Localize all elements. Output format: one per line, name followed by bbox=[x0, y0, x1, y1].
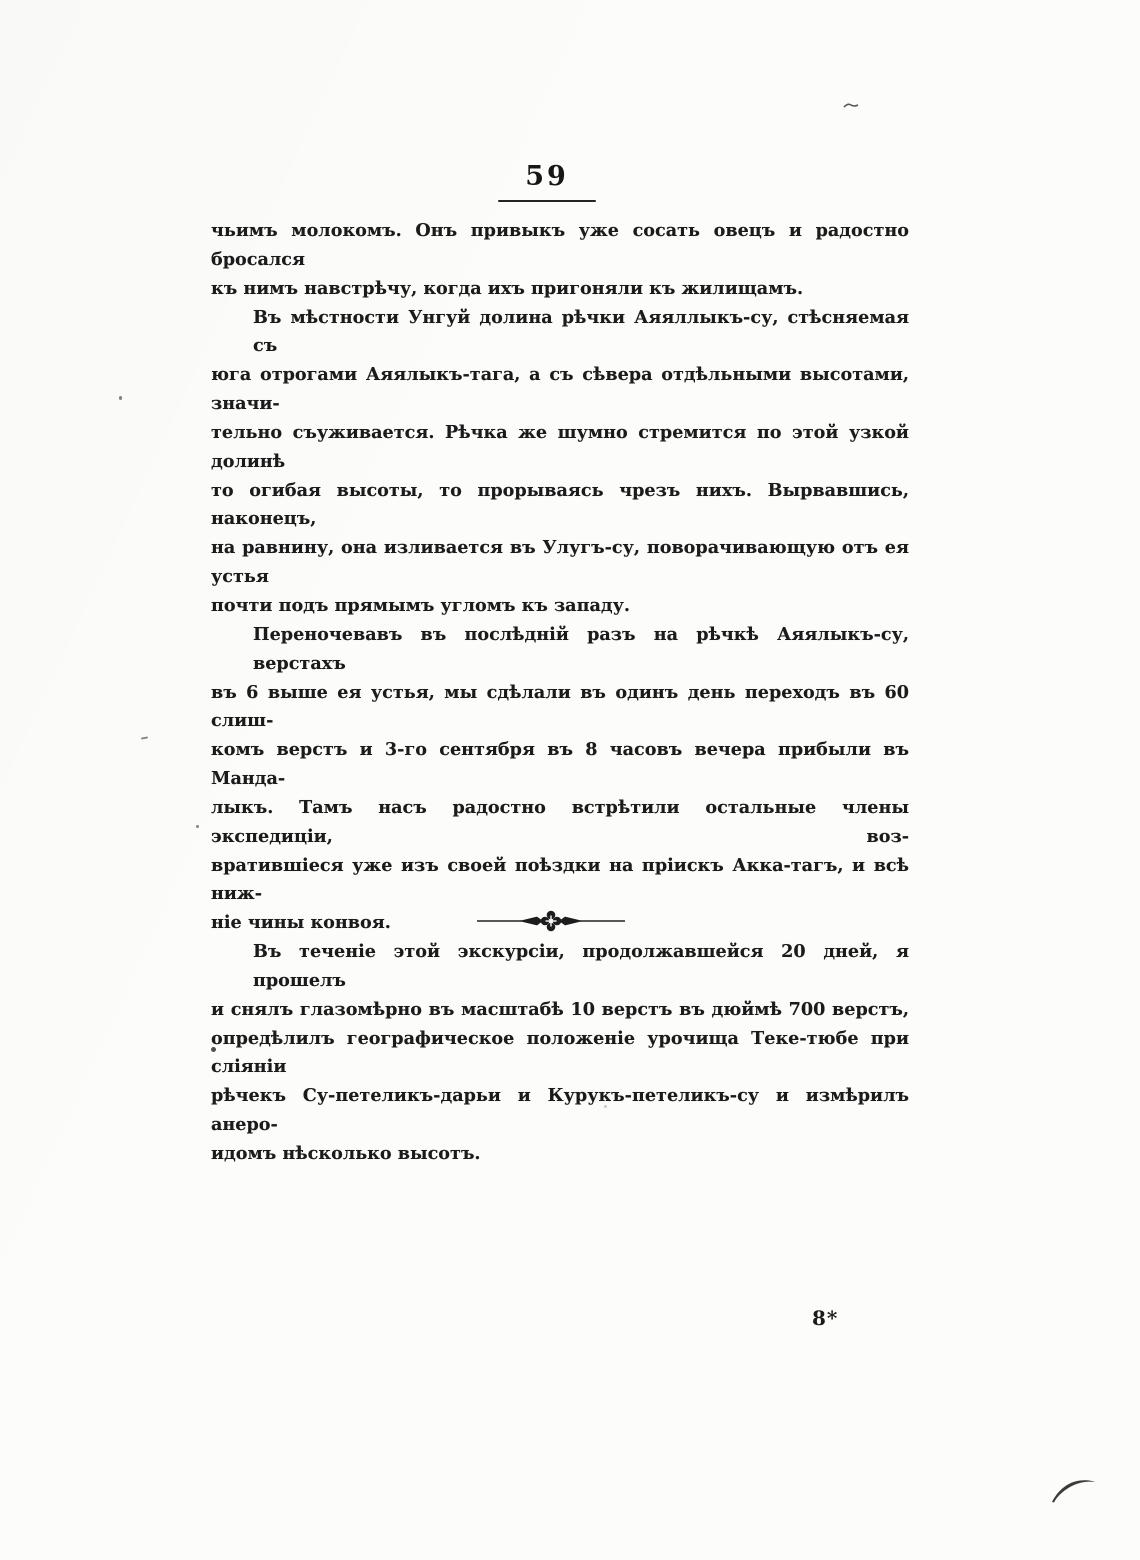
text-line: юга отрогами Аяялыкъ-тага, а съ сѣвера о… bbox=[211, 361, 909, 419]
text-line: Въ мѣстности Унгуй долина рѣчки Аяяллыкъ… bbox=[211, 304, 909, 362]
signature-mark: 8* bbox=[812, 1306, 838, 1330]
quatrefoil-ornament-center bbox=[541, 911, 562, 932]
ink-speck bbox=[196, 825, 199, 828]
text-line: то огибая высоты, то прорываясь чрезъ ни… bbox=[211, 477, 909, 535]
divider-ornament bbox=[475, 906, 627, 936]
text-line: на равнину, она изливается въ Улугъ-су, … bbox=[211, 534, 909, 592]
text-line: идомъ нѣсколько высотъ. bbox=[211, 1140, 909, 1169]
page-number-rule bbox=[498, 200, 596, 202]
text-line: въ 6 выше ея устья, мы сдѣлали въ одинъ … bbox=[211, 679, 909, 737]
text-line: опредѣлилъ географическое положеніе уроч… bbox=[211, 1025, 909, 1083]
page-number: 59 bbox=[525, 161, 569, 192]
text-line: Въ теченіе этой экскурсіи, продолжавшейс… bbox=[211, 938, 909, 996]
text-line: къ нимъ навстрѣчу, когда ихъ пригоняли к… bbox=[211, 275, 909, 304]
text-line: комъ верстъ и 3-го сентября въ 8 часовъ … bbox=[211, 736, 909, 794]
text-line: вратившіеся уже изъ своей поѣздки на прі… bbox=[211, 852, 909, 910]
text-line: чьимъ молокомъ. Онъ привыкъ уже сосать о… bbox=[211, 217, 909, 275]
text-line: Переночевавъ въ послѣдній разъ на рѣчкѣ … bbox=[211, 621, 909, 679]
ink-squiggle bbox=[843, 101, 859, 111]
ink-stroke-curve bbox=[1042, 1470, 1100, 1508]
text-line: тельно съуживается. Рѣчка же шумно стрем… bbox=[211, 419, 909, 477]
ink-speck bbox=[141, 736, 148, 739]
page-header: 59 bbox=[497, 161, 597, 192]
text-line: рѣчекъ Су-петеликъ-дарьи и Курукъ-петели… bbox=[211, 1082, 909, 1140]
scanned-page: 59 чьимъ молокомъ. Онъ привыкъ уже сосат… bbox=[0, 0, 1140, 1560]
text-line: и снялъ глазомѣрно въ масштабѣ 10 верстъ… bbox=[211, 996, 909, 1025]
ink-speck bbox=[211, 1047, 216, 1052]
text-line: почти подъ прямымъ угломъ къ западу. bbox=[211, 592, 909, 621]
ink-speck bbox=[604, 1105, 607, 1108]
ink-speck bbox=[119, 396, 122, 400]
body-text: чьимъ молокомъ. Онъ привыкъ уже сосать о… bbox=[211, 217, 909, 1169]
text-line: лыкъ. Тамъ насъ радостно встрѣтили остал… bbox=[211, 794, 909, 852]
